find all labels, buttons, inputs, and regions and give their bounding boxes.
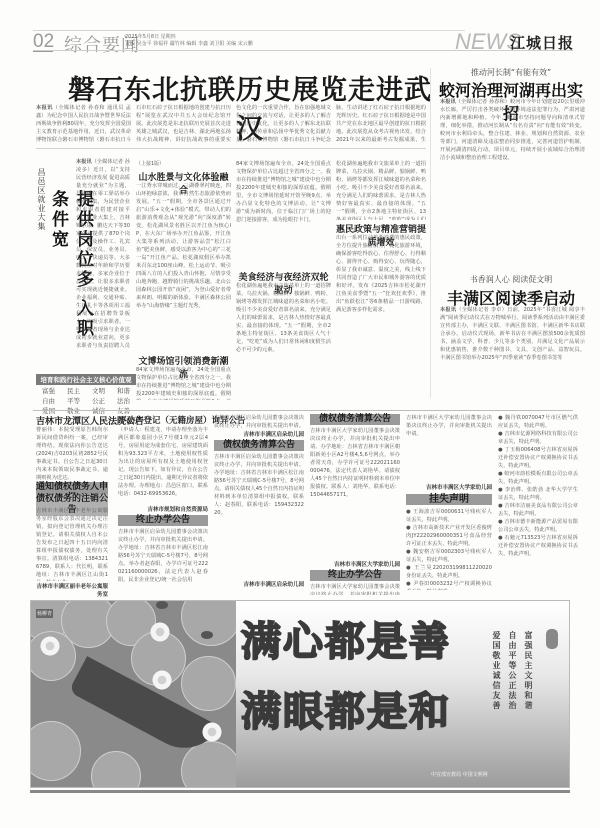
core-values-grid: 富强 民主 文明 和谐 自由 平等 公正 法治 爱国 敬业 诚信 友善 [36, 386, 136, 416]
lost-item: ● 尹春田0003232号产权调换协议书丢失，特此声明。 [406, 580, 492, 590]
lead-byline: 本报讯 [36, 105, 53, 111]
notice-body: 吉林市丰满区启朵幼儿园董事会决策决议终止办学，并向审批机关提出申请。办学地址：吉… [118, 528, 208, 590]
notice-body-cont: 吉林市丰满区启朵幼儿园董事会决策决议终止办学，并向审批机关提出申请。办学地址：吉… [214, 414, 304, 430]
notice-title-bar: 终止办学公告 [118, 515, 208, 526]
notice-title-bar: 债权债务清算公告 [214, 440, 304, 451]
notice-body-cont: 吉林市丰满区大学家幼儿园董事会决策决议终止办学，并向审批机关提出申请。 [406, 414, 492, 460]
seal-icon [546, 629, 558, 649]
masthead-top-rule-2 [155, 30, 465, 31]
lost-notice-list-1: ● 王海波吉军0000631号残疾军人证丢失，特此声明。 ● 吉林市高新技术产业… [406, 508, 492, 590]
side-bottom-kicker: 书香润人心 阅读促文明 [436, 274, 586, 285]
tourism-body-3: 松花湖鱼遍地我市文旅菜单上的一道招牌菜，乌拉火锅、精品鲜、独锅鲜、鸭粉、锅烤等都… [236, 282, 331, 400]
lost-notice-title: 挂失声明 [406, 494, 492, 505]
slogan-line-2: 满眼都是和 [241, 689, 451, 735]
lost-item: ● 丁玉梅006408号吉林省房屋拆迁补偿安置协议产权调换协议书丢失，特此声明。 [498, 446, 578, 470]
bird-icon [201, 631, 213, 639]
staff-line: 责编 吴金平 徐福祥 疆竹林 编辑 李鑫 刘卫阳 美编 宋云鹏 [125, 41, 253, 48]
lotus-boat-illustration: 杨柳青 [31, 601, 236, 788]
notice-signature: 吉林市丰满区启朵幼儿园 [214, 580, 304, 588]
value-item: 和谐 [111, 386, 136, 396]
lost-item: ● 吉林市德丰新能源产品贸易有限公司公章丢失，特此声明。 [498, 518, 578, 534]
lost-item: ● 王海波吉军0000631号残疾军人证丢失，特此声明。 [406, 508, 492, 524]
notice-body: 吉林市丰满区大学家幼儿园董事会决策决议终止办学，并向审批机关提出申请。 [310, 583, 400, 595]
value-item: 法治 [111, 396, 136, 406]
masthead-meta: 2025年5月8日 星期四 责编 吴金平 徐福祥 疆竹林 编辑 李鑫 刘卫阳 美… [125, 34, 253, 48]
lost-item: ● 李治桦、张皓劲 北华大学学生证丢失，特此声明。 [498, 486, 578, 502]
lost-item: ● 王兰昊220203199811220020身份证丢失，特此声明。 [406, 564, 492, 580]
tourism-body-3-cont: 松花湖鱼遍地我市文旅菜单上的一道招牌菜，乌拉火锅、精品鲜、独锅鲜、鸭粉、锅烤等都… [336, 160, 426, 220]
lost-item: ● 魏丹铁0070047号市区燃气供应证丢失，特此声明。 [498, 414, 578, 430]
core-values-title: 培育和践行社会主义核心价值观 [36, 374, 136, 385]
tourism-body-2-cont: 84家文博场馆遍布全市，24处全国重点文物保护单位占比超过全省四分之一。我市在持… [236, 160, 331, 268]
page-number-underline [33, 51, 53, 52]
lost-item: ● 吉林市高新技术产业开发区香俊烤肉JY22202960000351号食品经营许… [406, 524, 492, 548]
notice-signature: 吉林市丰满区大学家幼儿园 [406, 483, 492, 491]
values-column: 爱国敬业诚信友善 [491, 631, 501, 711]
art-caption: 杨柳青 [36, 609, 53, 618]
notice-body: 吉林市丰满区丽丰老年公寓服务室经股东会表决通过决定注销，拟向登记管理机关办理注销… [36, 507, 108, 581]
value-item: 公正 [86, 396, 111, 406]
tourism-source-tag: （上接1版） [136, 160, 164, 167]
lost-notice-list-2: ● 魏丹铁0070047号市区燃气供应证丢失，特此声明。 ● 吉林市亿源网络科技… [498, 414, 578, 594]
notice-signature: 吉林市丰满区丽丰老年公寓服务室 [36, 582, 108, 598]
lead-divider [36, 148, 426, 149]
core-values-box: 培育和践行社会主义核心价值观 富强 民主 文明 和谐 自由 平等 公正 法治 爱… [36, 374, 136, 412]
tourism-body-1: 一江秀水穿城而过，三湖叠翠衬映连，四山环抱绿意浓，我市自然生态旅游依势而发展。“… [136, 182, 231, 354]
notice-signature: 吉林市丰满区大学家幼儿园 [310, 560, 400, 568]
values-column: 富强民主文明和谐 [523, 631, 533, 711]
banner-values-columns: 富强民主文明和谐 自由平等公正法治 爱国敬业诚信友善 [491, 631, 533, 711]
tourism-body-2: 84家文博场馆遍布全市，24处全国重点文物保护单位占比超过全省四分之一。我市在持… [136, 366, 231, 400]
notice-signature: 吉林市规划和自然资源局 [118, 505, 208, 513]
value-item: 自由 [36, 396, 61, 406]
notice-title-bar: 终止办学公告 [310, 570, 400, 581]
notice-body: 曹丽伟：本院受理原告韩尚尔诉民间借贷纠纷一案，已经审理终结。现依法向你公告送达(… [36, 426, 108, 480]
notice-signature: 吉林市丰满区启朵幼儿园 [214, 430, 304, 438]
value-item: 文明 [86, 386, 111, 396]
notice-title-bar: 债权债务清算公告 [310, 414, 400, 425]
banner-credit: 中宣部宣教局 中国文明网 [431, 771, 488, 778]
lost-item: ● 蛟河市韵松模板有限公司公章丢失，特此声明。 [498, 470, 578, 486]
bird-icon [156, 601, 168, 609]
values-column: 自由平等公正法治 [507, 631, 517, 711]
public-service-banner: 杨柳青 满心都是善 满眼都是和 富强民主文明和谐 自由平等公正法治 爱国敬业诚信… [30, 600, 570, 788]
lead-body-col-3: 色文化的一次重要合作，旨在加强地域文化之间的交流与对话，让更多的人了解吉林的历史… [236, 104, 331, 144]
tourism-body-4: 出台一系列拉动旅游消费的惠民政策，全方位提升旅游服务，优化旅游环境，确保游客吃得… [336, 234, 426, 400]
lost-item: ● 石魁元713523号吉林省房屋拆迁补偿安置协议产权调换协议书丢失，特此声明。 [498, 534, 578, 558]
side-bottom-body: 本报讯（全媒体记者 李卓）日前，2025年“书香江城 阅享丰满”阅读季启动仪式在… [440, 306, 585, 398]
notice-body: （申请人：程建龙，申请办理坐落为丰满区都象嘉园小区7号楼1单元2层4号，房屋用途… [118, 426, 208, 504]
employment-body: 本报讯（全媒体记者 孙凌多）近日，以“支持民营经济发展 促进高质量充分就业”为主… [76, 158, 130, 348]
date-line: 2025年5月8日 星期四 [125, 34, 253, 41]
value-item: 富强 [36, 386, 61, 396]
value-item: 平等 [61, 396, 86, 406]
lead-body-col-4: 脉，生动讲述了红石砬子抗日根据地的光辉历史。红石砬子抗日根据地是中国共产党在东北… [336, 104, 426, 144]
slogan-line-1: 满心都是善 [241, 619, 451, 665]
lost-item: ● 魏安格吉军0002303号残疾军人证丢失，特此声明。 [406, 548, 492, 564]
right-column-divider [430, 68, 431, 398]
lead-body-col-2: 石市红石砬子抗日根据地的创建与抗日历程”展览在武汉中共五大会址纪念馆开展。此次展… [136, 104, 231, 144]
side-top-kicker: 推动河长制“有能有效” [436, 67, 586, 78]
notices-top-rule [33, 410, 573, 411]
banner-bottom-bar [30, 790, 570, 793]
notice-body: 吉林市丰满区大学家幼儿园董事会决策决议终止办学，并向审批机关提出申请。办学地址：… [310, 427, 400, 577]
notice-body: 吉林市丰满区启朵幼儿园董事会决策决议终止办学，并向审批机关提出申请。办学地址：吉… [214, 453, 304, 579]
lost-item: ● 吉林市亿源网络科技有限公司公章丢失，特此声明。 [498, 430, 578, 446]
value-item: 民主 [61, 386, 86, 396]
lost-item: ● 吉林市洁丽美食品有限公司公章丢失，特此声明。 [498, 502, 578, 518]
masthead-bottom-rule [33, 50, 573, 51]
side-top-body: 本报讯（全媒体记者 孙春和）蛟河市今年计划建设20公里缓冲水长廊，严厉打击各类破… [440, 98, 585, 236]
lead-body-col-1: 本报讯（全媒体记者 孙春和 通讯员 孟鑫）为纪念中国人民抗日战争暨世界反法西斯战… [36, 104, 131, 144]
